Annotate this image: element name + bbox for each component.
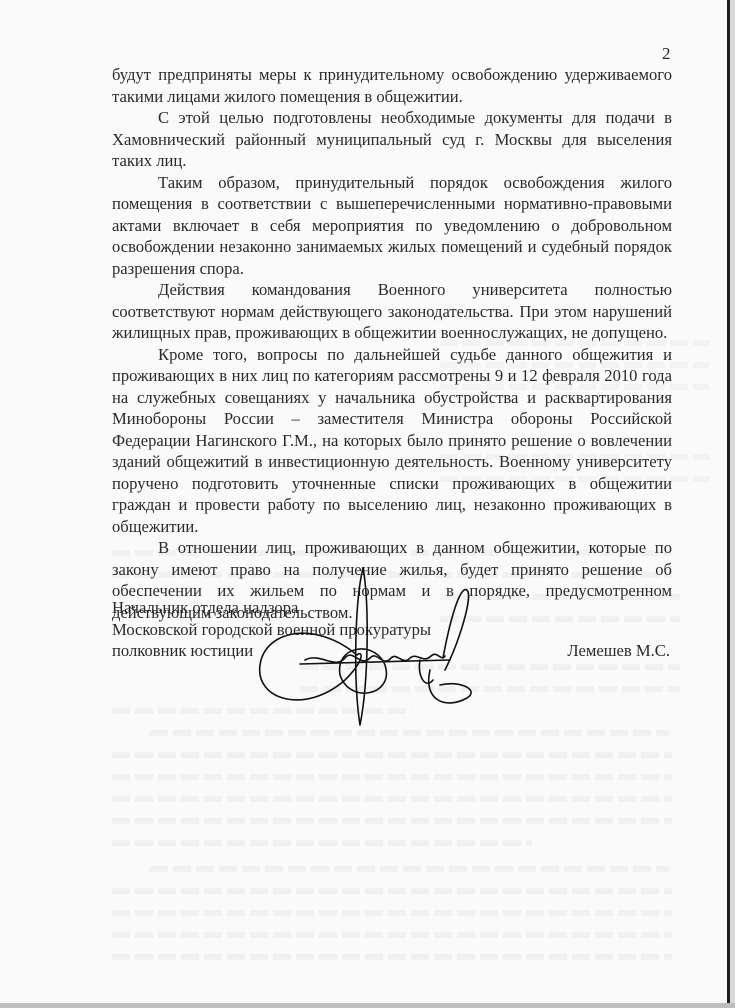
bleed-through-line: [150, 866, 670, 872]
document-body: будут предприняты меры к принудительному…: [112, 64, 672, 623]
signer-name: Лемешев М.С.: [567, 640, 670, 662]
bleed-through-line: [112, 840, 532, 846]
bleed-through-line: [112, 752, 672, 758]
page-number: 2: [662, 44, 671, 64]
scan-border-right-outer: [730, 0, 735, 1008]
bleed-through-line: [112, 818, 672, 824]
handwritten-signature-icon: [245, 560, 475, 730]
bleed-through-line: [112, 910, 672, 916]
paragraph: Таким образом, принудительный порядок ос…: [112, 172, 672, 280]
scanned-page: 2 будут предприняты меры к принудительно…: [0, 0, 727, 1003]
paragraph: Кроме того, вопросы по дальнейшей судьбе…: [112, 344, 672, 538]
bleed-through-line: [112, 796, 672, 802]
scan-border-bottom: [0, 1003, 735, 1008]
bleed-through-line: [112, 774, 672, 780]
paragraph: будут предприняты меры к принудительному…: [112, 64, 672, 107]
bleed-through-line: [112, 954, 672, 960]
bleed-through-line: [150, 730, 670, 736]
paragraph: С этой целью подготовлены необходимые до…: [112, 107, 672, 172]
bleed-through-line: [112, 888, 672, 894]
bleed-through-line: [112, 932, 672, 938]
paragraph: Действия командования Военного университ…: [112, 279, 672, 344]
